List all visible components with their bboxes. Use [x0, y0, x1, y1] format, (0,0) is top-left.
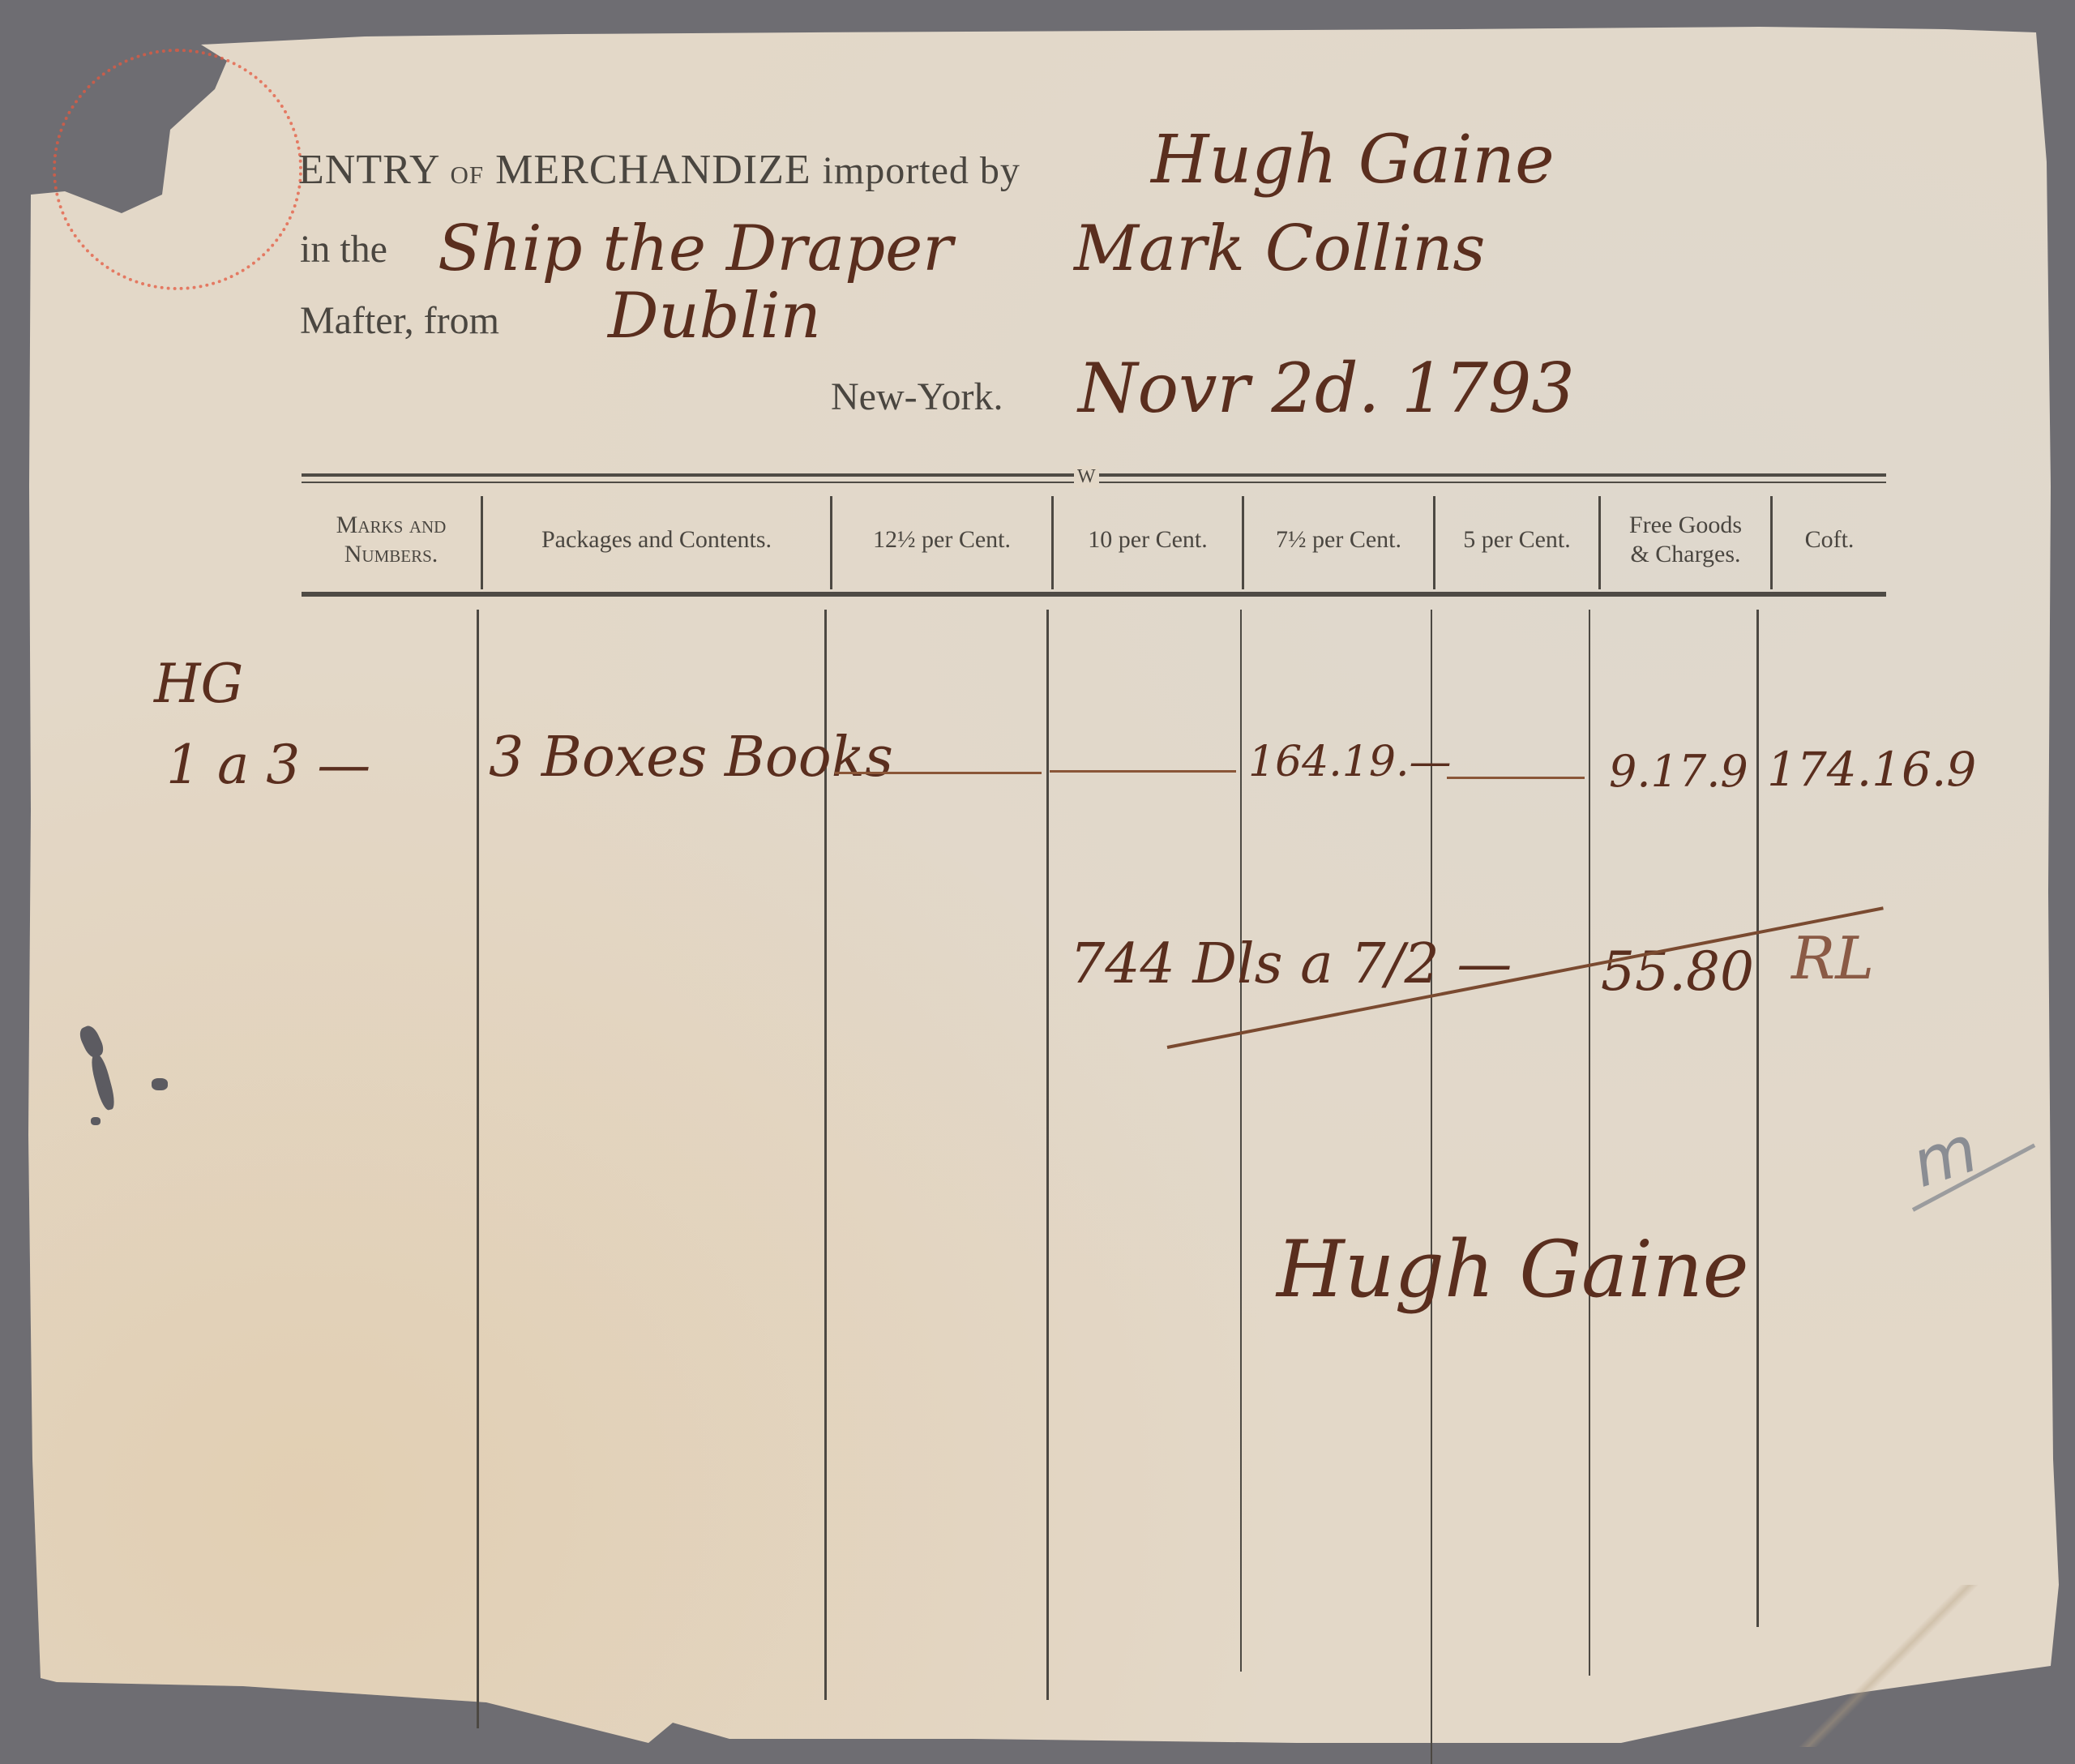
- master-from-label: Mafter, from: [300, 298, 499, 343]
- watermark-w: W: [1074, 466, 1099, 488]
- col-header-marks: Marks and Numbers.: [302, 511, 481, 569]
- col-line: [1589, 610, 1590, 1676]
- marks-initials: HG: [154, 653, 243, 715]
- col-header-free-goods: Free Goods & Charges.: [1601, 511, 1770, 569]
- signature: Hugh Gaine: [1277, 1224, 1749, 1315]
- worm-hole: [91, 1117, 101, 1125]
- col-line: [1756, 610, 1759, 1627]
- master-name: Mark Collins: [1074, 212, 1485, 285]
- title-merchandize: MERCHANDIZE: [495, 147, 811, 193]
- col-header-cost: Coft.: [1773, 525, 1886, 554]
- packages-contents: 3 Boxes Books: [489, 726, 893, 790]
- col-header-packages: Packages and Contents.: [483, 525, 830, 554]
- title-entry: ENTRY: [298, 147, 439, 193]
- title-imported-by: imported by: [823, 149, 1020, 192]
- dollar-conversion-note: 744 Dls a 7/2 —: [1070, 932, 1512, 996]
- col-header-10-pct: 10 per Cent.: [1054, 525, 1242, 554]
- col-line: [477, 610, 479, 1728]
- col-header-5-pct: 5 per Cent.: [1435, 525, 1598, 554]
- dash-10-pct: [1050, 770, 1236, 773]
- col-header-free-goods-line2: & Charges.: [1601, 540, 1770, 569]
- worm-hole: [152, 1078, 168, 1090]
- value-free-goods: 9.17.9: [1609, 746, 1748, 797]
- worm-hole: [101, 1086, 112, 1094]
- value-cost: 174.16.9: [1767, 742, 1976, 797]
- entry-date: Novr 2d. 1793: [1078, 349, 1575, 428]
- marks-numbers: 1 a 3 —: [166, 734, 370, 796]
- in-the-label: in the: [300, 227, 387, 272]
- dash-5-pct: [1447, 777, 1585, 779]
- dash-12-5-pct: [835, 772, 1042, 774]
- place-label: New-York.: [831, 375, 1003, 419]
- flourish-initials: RL: [1791, 924, 1874, 992]
- value-7-5-pct: 164.19.—: [1248, 738, 1451, 786]
- origin-port: Dublin: [608, 280, 821, 353]
- table-header-bottom-rule: [302, 592, 1886, 597]
- ship-name: Ship the Draper: [438, 212, 953, 285]
- title-of: of: [451, 152, 485, 191]
- col-line: [1240, 610, 1242, 1672]
- title-line: ENTRY of MERCHANDIZE imported by: [298, 146, 1020, 194]
- importer-name: Hugh Gaine: [1151, 122, 1555, 199]
- folded-corner: [1726, 1585, 2051, 1747]
- col-header-free-goods-line1: Free Goods: [1601, 511, 1770, 540]
- col-line: [1046, 610, 1049, 1700]
- col-header-12-5-pct: 12½ per Cent.: [832, 525, 1051, 554]
- col-header-marks-line1: Marks and: [302, 511, 481, 540]
- col-header-marks-line2: Numbers.: [302, 540, 481, 569]
- red-seal-stain: [53, 49, 302, 290]
- col-header-7-5-pct: 7½ per Cent.: [1244, 525, 1433, 554]
